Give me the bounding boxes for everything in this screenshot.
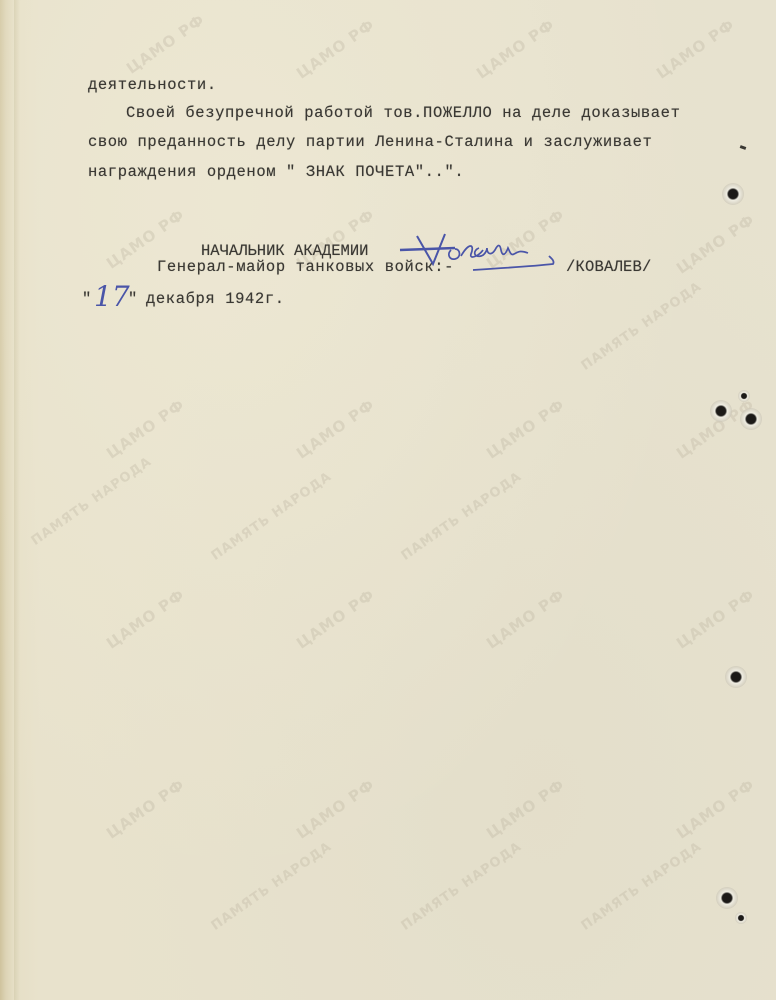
watermark-alt: ПАМЯТЬ НАРОДА (579, 280, 704, 373)
watermark: ЦАМО РФ (673, 775, 758, 842)
paragraph-line-2: свою преданность делу партии Ленина-Стал… (88, 133, 652, 151)
date-close-quote: " (128, 290, 138, 308)
page-edge-fold (14, 0, 20, 1000)
watermark: ЦАМО РФ (293, 15, 378, 82)
punch-hole (722, 183, 744, 205)
watermark: ЦАМО РФ (293, 585, 378, 652)
paper-mark (740, 145, 747, 150)
watermark: ЦАМО РФ (483, 395, 568, 462)
document-page: ЦАМО РФ ЦАМО РФ ЦАМО РФ ЦАМО РФ ЦАМО РФ … (0, 0, 776, 1000)
watermark-alt: ПАМЯТЬ НАРОДА (209, 470, 334, 563)
watermark: ЦАМО РФ (473, 15, 558, 82)
watermark-alt: ПАМЯТЬ НАРОДА (399, 470, 524, 563)
signatory-name: /КОВАЛЕВ/ (566, 258, 652, 276)
handwritten-signature (395, 228, 565, 278)
watermark: ЦАМО РФ (293, 775, 378, 842)
watermark: ЦАМО РФ (103, 395, 188, 462)
watermark: ЦАМО РФ (103, 775, 188, 842)
date-open-quote: " (82, 290, 92, 308)
watermark: ЦАМО РФ (103, 585, 188, 652)
paragraph-line-3: награждения орденом " ЗНАК ПОЧЕТА"..". (88, 163, 464, 181)
watermark: ЦАМО РФ (123, 10, 208, 77)
watermark-alt: ПАМЯТЬ НАРОДА (399, 840, 524, 933)
watermark-alt: ПАМЯТЬ НАРОДА (29, 455, 154, 548)
punch-hole (740, 408, 762, 430)
punch-hole (735, 912, 747, 924)
punch-hole (716, 887, 738, 909)
paragraph-line-1: Своей безупречной работой тов.ПОЖЕЛЛО на… (126, 104, 680, 122)
punch-hole (710, 400, 732, 422)
watermark: ЦАМО РФ (673, 585, 758, 652)
date-text: декабря 1942г. (146, 290, 285, 308)
watermark-alt: ПАМЯТЬ НАРОДА (579, 840, 704, 933)
watermark: ЦАМО РФ (673, 210, 758, 277)
date-day-handwritten: 17 (94, 280, 130, 313)
punch-hole (725, 666, 747, 688)
watermark: ЦАМО РФ (293, 395, 378, 462)
watermark: ЦАМО РФ (653, 15, 738, 82)
punch-hole (738, 390, 750, 402)
paragraph-end-text: деятельности. (88, 76, 217, 94)
watermark: ЦАМО РФ (483, 585, 568, 652)
watermark: ЦАМО РФ (483, 775, 568, 842)
watermark-alt: ПАМЯТЬ НАРОДА (209, 840, 334, 933)
